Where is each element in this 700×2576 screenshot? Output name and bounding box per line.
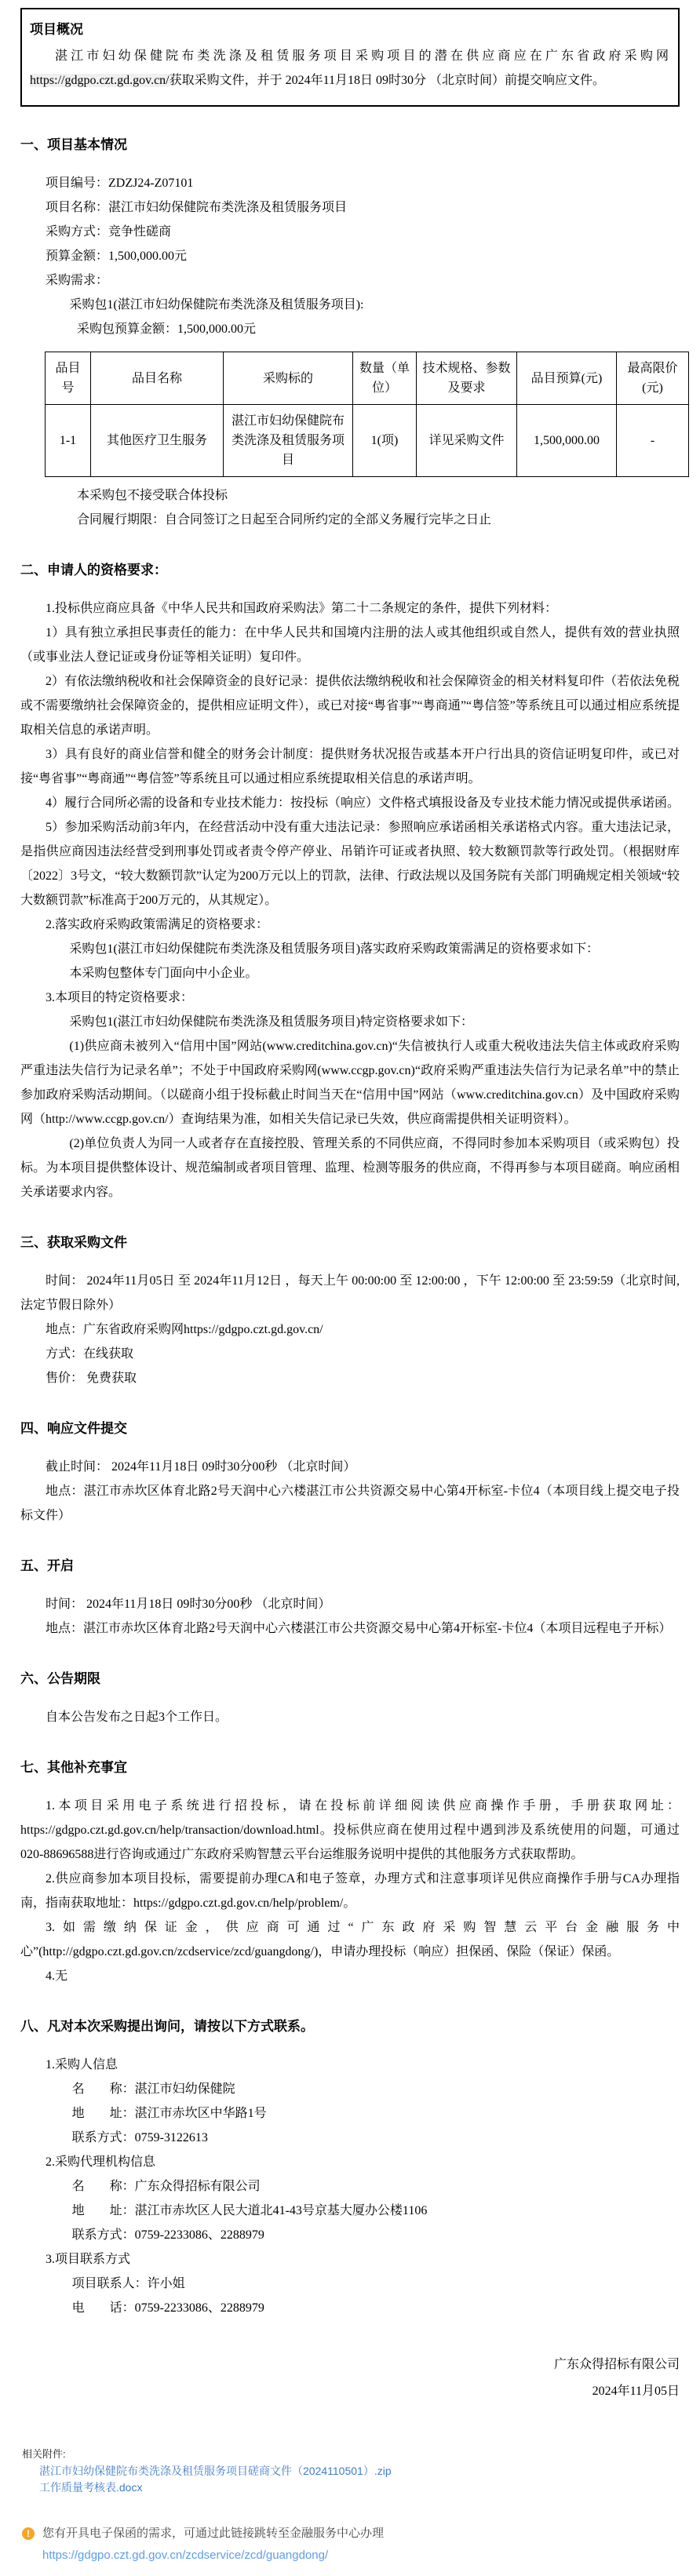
specific-requirement-label: 3.本项目的特定资格要求： <box>20 986 680 1010</box>
section6-heading: 六、公告期限 <box>20 1669 680 1689</box>
announcement-document: 项目概况 湛江市妇幼保健院布类洗涤及租赁服务项目采购项目的潜在供应商应在广东省政… <box>0 0 700 2405</box>
agency-info-label: 2.采购代理机构信息 <box>20 2150 680 2174</box>
signature-block: 广东众得招标有限公司 2024年11月05日 <box>20 2352 680 2405</box>
supplement-para: 1.本项目采用电子系统进行招投标，请在投标前详细阅读供应商操作手册，手册获取网址… <box>20 1794 680 1867</box>
supplement-para: 4.无 <box>20 1964 680 1988</box>
cell-max-price: - <box>617 405 689 477</box>
doc-obtain-place: 地点：广东省政府采购网https://gdgpo.czt.gd.gov.cn/ <box>20 1317 680 1342</box>
project-number: 项目编号：ZDZJ24-Z07101 <box>20 171 680 195</box>
overview-intro: 湛江市妇幼保健院布类洗涤及租赁服务项目采购项目的潜在供应商应在广东省政府采购网h… <box>30 44 669 93</box>
procurement-announcement-page: { "overview": { "title": "项目概况", "intro_… <box>0 0 700 2576</box>
col-header-item-name: 品目名称 <box>91 352 224 405</box>
package-1-label: 采购包1(湛江市妇幼保健院布类洗涤及租赁服务项目): <box>20 293 680 317</box>
col-header-max-price: 最高限价(元) <box>617 352 689 405</box>
agency-address: 地 址：湛江市赤坎区人民大道北41-43号京基大厦办公楼1106 <box>20 2199 680 2223</box>
budget-amount: 预算金额：1,500,000.00元 <box>20 244 680 268</box>
credit-requirement: (1)供应商未被列入“信用中国”网站(www.creditchina.gov.c… <box>20 1034 680 1131</box>
section5-heading: 五、开启 <box>20 1556 680 1576</box>
purchaser-info-label: 1.采购人信息 <box>20 2053 680 2077</box>
agency-contact: 联系方式：0759-2233086、2288979 <box>20 2223 680 2247</box>
contract-period: 合同履行期限：自合同签订之日起至合同所约定的全部义务履行完毕之日止 <box>20 508 680 532</box>
qualification-para: 4）履行合同所必需的设备和专业技术能力：按投标（响应）文件格式填报设备及专业技术… <box>20 791 680 815</box>
project-name: 项目名称：湛江市妇幼保健院布类洗涤及租赁服务项目 <box>20 195 680 220</box>
table-row: 1-1 其他医疗卫生服务 湛江市妇幼保健院布类洗涤及租赁服务项目 1(项) 详见… <box>46 405 689 477</box>
col-header-item-no: 品目号 <box>46 352 91 405</box>
guarantee-notice-text: 您有开具电子保函的需求，可通过此链接跳转至金融服务中心办理 <box>42 2524 384 2543</box>
overview-intro-pre: 湛江市妇幼保健院布类洗涤及租赁服务项目采购项目的潜在供应商应在广东省政府采购网 <box>55 49 669 63</box>
section7-heading: 七、其他补充事宜 <box>20 1758 680 1778</box>
agency-name: 名 称：广东众得招标有限公司 <box>20 2174 680 2199</box>
package-budget: 采购包预算金额：1,500,000.00元 <box>20 317 680 341</box>
same-person-restriction: (2)单位负责人为同一人或者存在直接控股、管理关系的不同供应商，不得同时参加本采… <box>20 1131 680 1204</box>
financial-service-link[interactable]: https://gdgpo.czt.gd.gov.cn/zcdservice/z… <box>42 2546 328 2565</box>
no-consortium-note: 本采购包不接受联合体投标 <box>20 483 680 508</box>
submission-place: 地点：湛江市赤坎区体育北路2号天润中心六楼湛江市公共资源交易中心第4开标室-卡位… <box>20 1479 680 1528</box>
procurement-method: 采购方式：竞争性磋商 <box>20 220 680 244</box>
exclamation-icon: ! <box>22 2527 35 2540</box>
cell-spec: 详见采购文件 <box>417 405 517 477</box>
project-overview-box: 项目概况 湛江市妇幼保健院布类洗涤及租赁服务项目采购项目的潜在供应商应在广东省政… <box>20 8 680 107</box>
cell-budget: 1,500,000.00 <box>517 405 617 477</box>
section8-heading: 八、凡对本次采购提出询问，请按以下方式联系。 <box>20 2017 680 2037</box>
signature-date: 2024年11月05日 <box>20 2378 680 2405</box>
opening-place: 地点：湛江市赤坎区体育北路2号天润中心六楼湛江市公共资源交易中心第4开标室-卡位… <box>20 1616 680 1641</box>
submission-deadline: 截止时间： 2024年11月18日 09时30分00秒 （北京时间） <box>20 1455 680 1479</box>
policy-requirement-label: 2.落实政府采购政策需满足的资格要求： <box>20 913 680 937</box>
cell-subject: 湛江市妇幼保健院布类洗涤及租赁服务项目 <box>224 405 353 477</box>
purchaser-contact: 联系方式：0759-3122613 <box>20 2126 680 2150</box>
footer-area: 相关附件: 湛江市妇幼保健院布类洗涤及租赁服务项目磋商文件（2024110501… <box>0 2446 700 2576</box>
section1-heading: 一、项目基本情况 <box>20 135 680 155</box>
opening-time: 时间： 2024年11月18日 09时30分00秒 （北京时间） <box>20 1592 680 1616</box>
col-header-subject: 采购标的 <box>224 352 353 405</box>
attachments-label: 相关附件: <box>22 2446 700 2463</box>
col-header-spec: 技术规格、参数及要求 <box>417 352 517 405</box>
section4-heading: 四、响应文件提交 <box>20 1419 680 1439</box>
announcement-period: 自本公告发布之日起3个工作日。 <box>20 1705 680 1729</box>
procurement-demand-label: 采购需求： <box>20 268 680 293</box>
qualification-para: 2）有依法缴纳税收和社会保障资金的良好记录：提供依法缴纳税收和社会保障资金的相关… <box>20 669 680 742</box>
project-contact-person: 项目联系人：许小姐 <box>20 2272 680 2296</box>
purchaser-address: 地 址：湛江市赤坎区中华路1号 <box>20 2101 680 2126</box>
qualification-para: 1.投标供应商应具备《中华人民共和国政府采购法》第二十二条规定的条件，提供下列材… <box>20 596 680 621</box>
supplement-para: 2.供应商参加本项目投标，需要提前办理CA和电子签章，办理方式和注意事项详见供应… <box>20 1867 680 1915</box>
overview-title: 项目概况 <box>30 19 669 41</box>
item-table: 品目号 品目名称 采购标的 数量（单位） 技术规格、参数及要求 品目预算(元) … <box>45 352 689 477</box>
signature-company: 广东众得招标有限公司 <box>20 2352 680 2378</box>
doc-obtain-time: 时间： 2024年11月05日 至 2024年11月12日 ，每天上午 00:0… <box>20 1269 680 1317</box>
supplement-para: 3.如需缴纳保证金，供应商可通过“广东政府采购智慧云平台金融服务中心”(http… <box>20 1915 680 1964</box>
item-table-header-row: 品目号 品目名称 采购标的 数量（单位） 技术规格、参数及要求 品目预算(元) … <box>46 352 689 405</box>
purchaser-name: 名 称：湛江市妇幼保健院 <box>20 2077 680 2101</box>
guarantee-notice: ! 您有开具电子保函的需求，可通过此链接跳转至金融服务中心办理 https://… <box>22 2524 700 2565</box>
procurement-site-url: https://gdgpo.czt.gd.gov.cn/ <box>30 74 170 87</box>
qualification-para: 5）参加采购活动前3年内，在经营活动中没有重大违法记录：参照响应承诺函相关承诺格… <box>20 815 680 913</box>
doc-obtain-price: 售价： 免费获取 <box>20 1366 680 1390</box>
qualification-para: 1）具有独立承担民事责任的能力：在中华人民共和国境内注册的法人或其他组织或自然人… <box>20 621 680 669</box>
section3-heading: 三、获取采购文件 <box>20 1233 680 1253</box>
col-header-quantity: 数量（单位） <box>353 352 417 405</box>
policy-requirement-package: 采购包1(湛江市妇幼保健院布类洗涤及租赁服务项目)落实政府采购政策需满足的资格要… <box>20 937 680 961</box>
cell-item-no: 1-1 <box>46 405 91 477</box>
project-contact-label: 3.项目联系方式 <box>20 2247 680 2272</box>
section2-heading: 二、申请人的资格要求： <box>20 560 680 581</box>
doc-obtain-method: 方式：在线获取 <box>20 1342 680 1366</box>
attachment-link-zip[interactable]: 湛江市妇幼保健院布类洗涤及租赁服务项目磋商文件（2024110501）.zip <box>39 2463 700 2479</box>
qualification-para: 3）具有良好的商业信誉和健全的财务会计制度：提供财务状况报告或基本开户行出具的资… <box>20 742 680 791</box>
specific-requirement-package: 采购包1(湛江市妇幼保健院布类洗涤及租赁服务项目)特定资格要求如下： <box>20 1010 680 1034</box>
overview-intro-post: 获取采购文件，并于 2024年11月18日 09时30分 （北京时间）前提交响应… <box>170 74 605 87</box>
col-header-budget: 品目预算(元) <box>517 352 617 405</box>
cell-item-name: 其他医疗卫生服务 <box>91 405 224 477</box>
attachment-link-docx[interactable]: 工作质量考核表.docx <box>39 2479 700 2496</box>
project-contact-phone: 电 话：0759-2233086、2288979 <box>20 2296 680 2320</box>
cell-quantity: 1(项) <box>353 405 417 477</box>
sme-note: 本采购包整体专门面向中小企业。 <box>20 961 680 986</box>
